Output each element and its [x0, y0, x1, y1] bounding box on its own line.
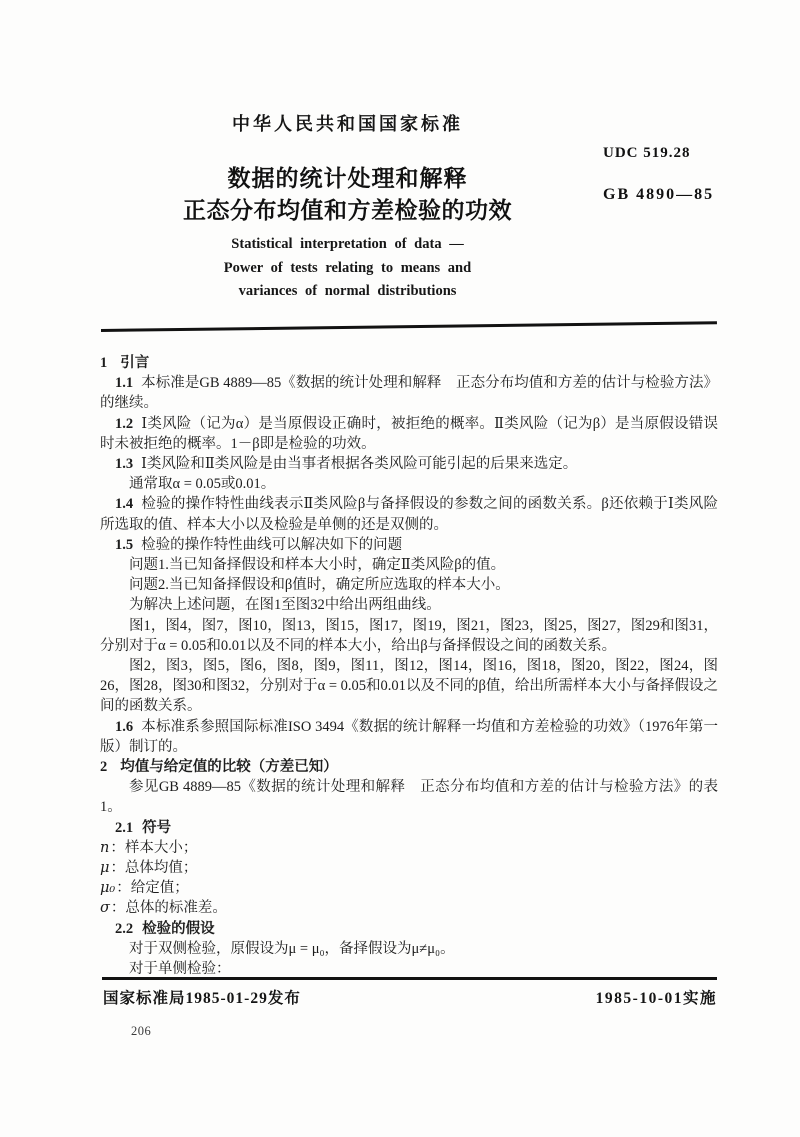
figure-group-2: 图2，图3，图5，图6，图8，图9，图11，图12，图14，图16，图18，图2…: [100, 656, 718, 717]
document-body: 1引言 1.1本标准是GB 4889—85《数据的统计处理和解释 正态分布均值和…: [100, 353, 718, 979]
symbol-definition-mu0: μ₀：给定值；: [100, 878, 718, 898]
section-2-2-heading: 2.2检验的假设: [100, 919, 718, 939]
footer-divider-rule: [102, 977, 717, 980]
symbol-definition-sigma: σ：总体的标准差。: [100, 898, 718, 918]
issue-date-label: 国家标准局1985-01-29发布: [103, 986, 301, 1008]
document-page: 中华人民共和国国家标准 数据的统计处理和解释 正态分布均值和方差检验的功效 St…: [0, 0, 800, 1137]
note-curves: 为解决上述问题，在图1至图32中给出两组曲线。: [100, 595, 718, 615]
two-sided-test-hypothesis: 对于双侧检验，原假设为μ = μ₀，备择假设为μ≠μ₀。: [100, 939, 718, 959]
document-title-en-line3: variances of normal distributions: [100, 280, 595, 304]
para-1-3: 1.3Ⅰ类风险和Ⅱ类风险是由当事者根据各类风险可能引起的后果来选定。: [100, 454, 718, 474]
problem-1: 问题1.当已知备择假设和样本大小时，确定Ⅱ类风险β的值。: [100, 555, 718, 575]
figure-group-1: 图1，图4，图7，图10，图13，图15，图17，图19，图21，图23，图25…: [100, 616, 718, 656]
section-1-heading: 1引言: [100, 353, 718, 373]
symbol-definition-mu: μ：总体均值；: [100, 858, 718, 878]
document-title-en: Statistical interpretation of data — Pow…: [100, 233, 595, 304]
section-2-1-heading: 2.1符号: [100, 818, 718, 838]
header-divider-rule: [101, 321, 717, 332]
document-title-en-line2: Power of tests relating to means and: [100, 257, 595, 281]
para-1-4: 1.4检验的操作特性曲线表示Ⅱ类风险β与备择假设的参数之间的函数关系。β还依赖于…: [100, 494, 718, 534]
page-number: 206: [131, 1024, 151, 1039]
problem-2: 问题2.当已知备择假设和β值时，确定所应选取的样本大小。: [100, 575, 718, 595]
para-1-5: 1.5检验的操作特性曲线可以解决如下的问题: [100, 535, 718, 555]
symbol-definition-n: n：样本大小；: [100, 838, 718, 858]
document-title-en-line1: Statistical interpretation of data —: [100, 233, 595, 257]
para-1-2: 1.2Ⅰ类风险（记为α）是当原假设正确时，被拒绝的概率。Ⅱ类风险（记为β）是当原…: [100, 414, 718, 454]
section-2-heading: 2均值与给定值的比较（方差已知）: [100, 757, 718, 777]
para-1-6: 1.6本标准系参照国际标准ISO 3494《数据的统计解释一均值和方差检验的功效…: [100, 717, 718, 757]
standard-number-label: GB 4890—85: [603, 186, 714, 204]
national-standard-label: 中华人民共和国国家标准: [100, 110, 595, 136]
implementation-date-label: 1985-10-01实施: [596, 986, 717, 1008]
para-1-1: 1.1本标准是GB 4889—85《数据的统计处理和解释 正态分布均值和方差的估…: [100, 373, 718, 413]
udc-classification-label: UDC 519.28: [603, 145, 691, 162]
note-alpha-values: 通常取α = 0.05或0.01。: [100, 474, 718, 494]
document-title-cn-line1: 数据的统计处理和解释: [100, 160, 595, 193]
document-title-cn-line2: 正态分布均值和方差检验的功效: [100, 192, 595, 225]
para-2-ref: 参见GB 4889—85《数据的统计处理和解释 正态分布均值和方差的估计与检验方…: [100, 777, 718, 817]
